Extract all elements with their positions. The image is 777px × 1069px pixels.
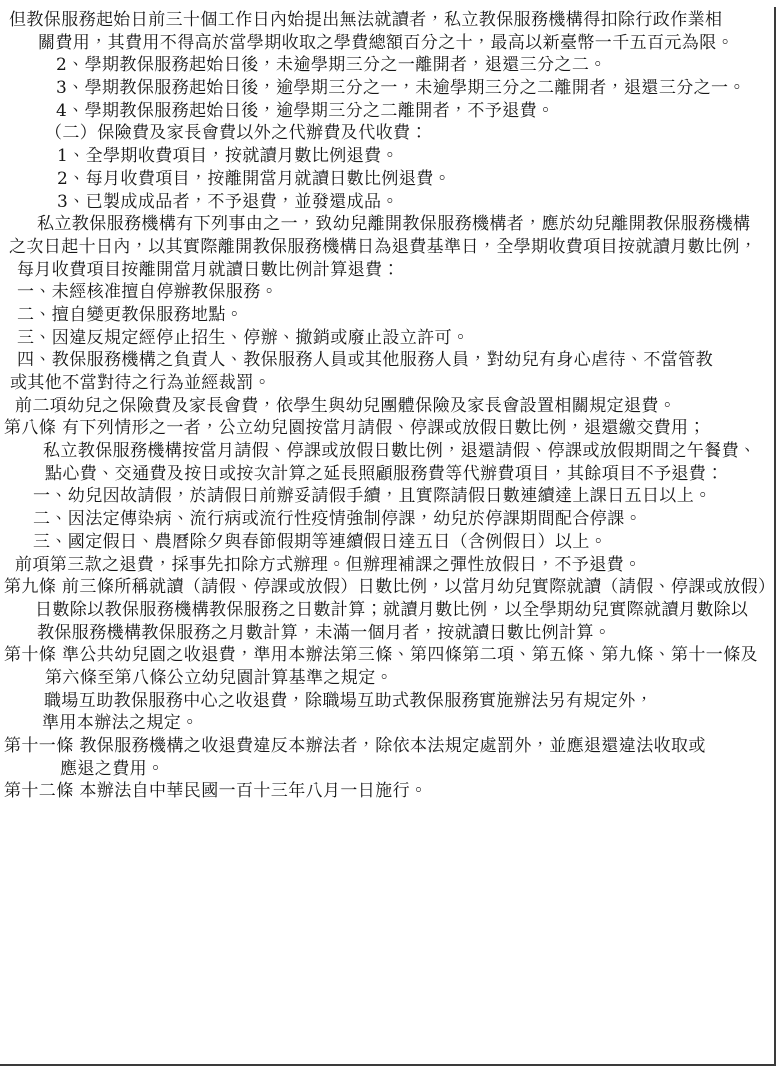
text-line: 之次日起十日內，以其實際離開教保服務機構日為退費基準日，全學期收費項目按就讀月數…: [0, 236, 777, 259]
text-line: 第九條 前三條所稱就讀（請假、停課或放假）日數比例，以當月幼兒實際就讀（請假、停…: [0, 576, 777, 599]
text-line: 第十條 準公共幼兒園之收退費，準用本辦法第三條、第四條第二項、第五條、第九條、第…: [0, 644, 777, 667]
text-line: 第十一條 教保服務機構之收退費違反本辦法者，除依本法規定處罰外，並應退還違法收取…: [0, 735, 777, 758]
text-line: 2、每月收費項目，按離開當月就讀日數比例退費。: [0, 168, 777, 191]
text-line: （二）保險費及家長會費以外之代辦費及代收費：: [0, 122, 777, 145]
text-line: 第十二條 本辦法自中華民國一百十三年八月一日施行。: [0, 780, 777, 803]
text-line: 前二項幼兒之保險費及家長會費，依學生與幼兒團體保險及家長會設置相關規定退費。: [0, 395, 777, 418]
text-line: 私立教保服務機構按當月請假、停課或放假日數比例，退還請假、停課或放假期間之午餐費…: [0, 440, 777, 463]
text-line: 教保服務機構教保服務之月數計算，未滿一個月者，按就讀日數比例計算。: [0, 622, 777, 645]
text-line: 或其他不當對待之行為並經裁罰。: [0, 372, 777, 395]
text-line: 但教保服務起始日前三十個工作日內始提出無法就讀者，私立教保服務機構得扣除行政作業…: [0, 9, 777, 32]
text-line: 三、因違反規定經停止招生、停辦、撤銷或廢止設立許可。: [0, 327, 777, 350]
text-line: 三、國定假日、農曆除夕與春節假期等連續假日達五日（含例假日）以上。: [0, 531, 777, 554]
text-line: 二、因法定傳染病、流行病或流行性疫情強制停課，幼兒於停課期間配合停課。: [0, 508, 777, 531]
text-line: 3、已製成成品者，不予退費，並發還成品。: [0, 191, 777, 214]
text-line: 二、擅自變更教保服務地點。: [0, 304, 777, 327]
text-line: 第六條至第八條公立幼兒園計算基準之規定。: [0, 667, 777, 690]
text-line: 2、學期教保服務起始日後，未逾學期三分之一離開者，退還三分之二。: [0, 54, 777, 77]
document-text: 但教保服務起始日前三十個工作日內始提出無法就讀者，私立教保服務機構得扣除行政作業…: [0, 9, 777, 803]
text-line: 一、未經核准擅自停辦教保服務。: [0, 281, 777, 304]
text-line: 3、學期教保服務起始日後，逾學期三分之一，未逾學期三分之二離開者，退還三分之一。: [0, 77, 777, 100]
text-line: 準用本辦法之規定。: [0, 712, 777, 735]
text-line: 關費用，其費用不得高於當學期收取之學費總額百分之十，最高以新臺幣一千五百元為限。: [0, 32, 777, 55]
text-line: 每月收費項目按離開當月就讀日數比例計算退費：: [0, 259, 777, 282]
text-line: 應退之費用。: [0, 758, 777, 781]
text-line: 4、學期教保服務起始日後，逾學期三分之二離開者，不予退費。: [0, 100, 777, 123]
text-line: 1、全學期收費項目，按就讀月數比例退費。: [0, 145, 777, 168]
text-line: 點心費、交通費及按日或按次計算之延長照顧服務費等代辦費項目，其餘項目不予退費：: [0, 463, 777, 486]
text-line: 第八條 有下列情形之一者，公立幼兒園按當月請假、停課或放假日數比例，退還繳交費用…: [0, 417, 777, 440]
text-line: 四、教保服務機構之負責人、教保服務人員或其他服務人員，對幼兒有身心虐待、不當管教: [0, 349, 777, 372]
text-line: 私立教保服務機構有下列事由之一，致幼兒離開教保服務機構者，應於幼兒離開教保服務機…: [0, 213, 777, 236]
text-line: 一、幼兒因故請假，於請假日前辦妥請假手續，且實際請假日數連續達上課日五日以上。: [0, 485, 777, 508]
text-line: 前項第三款之退費，採事先扣除方式辦理。但辦理補課之彈性放假日，不予退費。: [0, 554, 777, 577]
text-line: 日數除以教保服務機構教保服務之日數計算；就讀月數比例，以全學期幼兒實際就讀月數除…: [0, 599, 777, 622]
page: { "page": { "background": "#ffffff", "te…: [0, 0, 777, 1069]
text-line: 職場互助教保服務中心之收退費，除職場互助式教保服務實施辦法另有規定外，: [0, 690, 777, 713]
